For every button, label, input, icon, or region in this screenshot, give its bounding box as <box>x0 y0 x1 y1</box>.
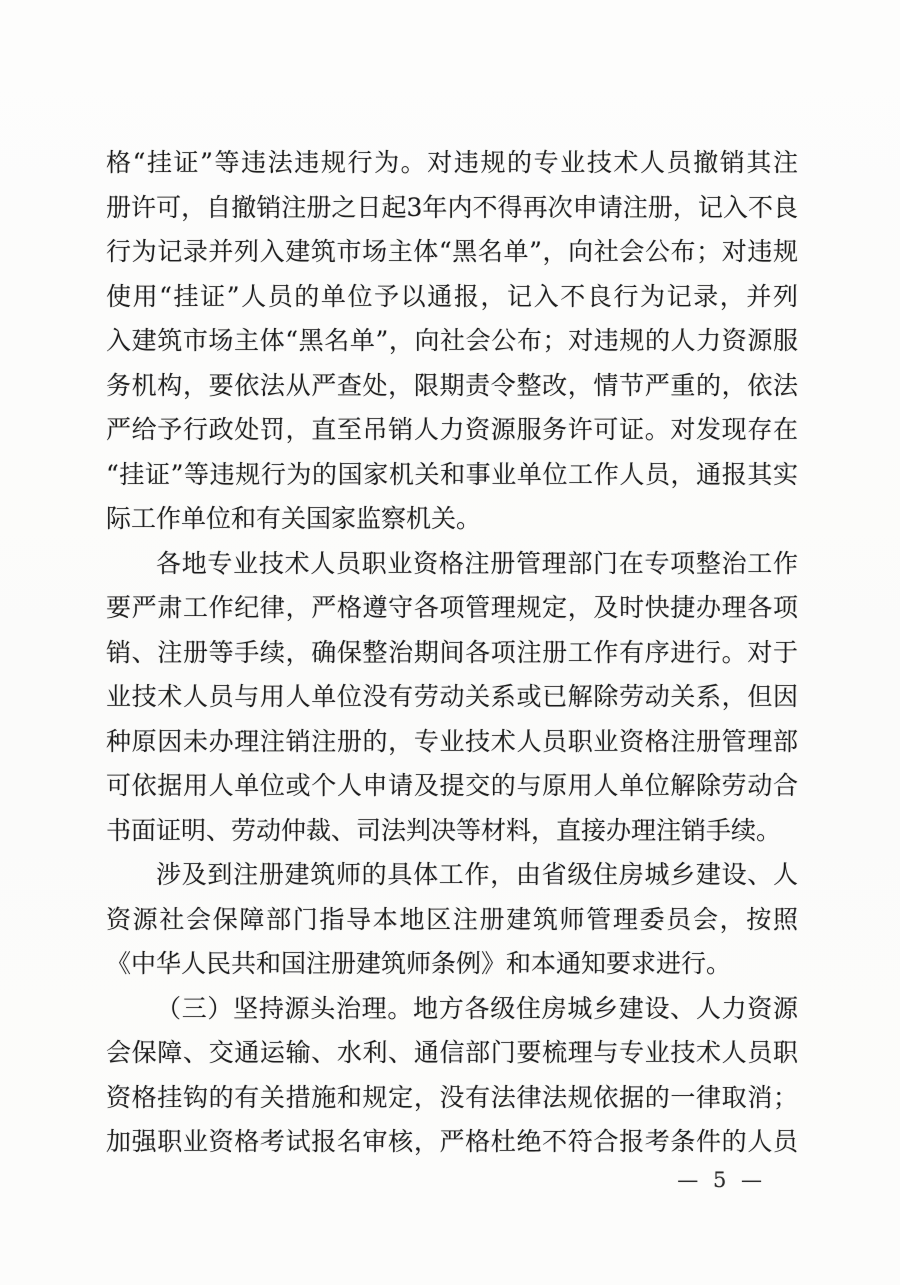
text-line: 格“挂证”等违法违规行为。对违规的专业技术人员撤销其注 <box>106 141 798 186</box>
text-line: 使用“挂证”人员的单位予以通报，记入不良行为记录，并列 <box>106 275 798 320</box>
text-line: 可依据用人单位或个人申请及提交的与原用人单位解除劳动合同 <box>106 764 798 809</box>
text-line: 会保障、交通运输、水利、通信部门要梳理与专业技术人员职业 <box>106 1031 798 1076</box>
page-number: — 5 — <box>677 1168 766 1192</box>
text-line: 书面证明、劳动仲裁、司法判决等材料，直接办理注销手续。 <box>106 809 798 854</box>
text-line: 业技术人员与用人单位没有劳动关系或已解除劳动关系，但因各 <box>106 675 798 720</box>
text-line: 册许可，自撤销注册之日起3年内不得再次申请注册，记入不良 <box>106 186 798 231</box>
scanned-document-page: 格“挂证”等违法违规行为。对违规的专业技术人员撤销其注册许可，自撤销注册之日起3… <box>0 0 900 1285</box>
document-body: 格“挂证”等违法违规行为。对违规的专业技术人员撤销其注册许可，自撤销注册之日起3… <box>106 141 798 1165</box>
text-line: 资格挂钩的有关措施和规定，没有法律法规依据的一律取消；要 <box>106 1076 798 1121</box>
paragraph: 各地专业技术人员职业资格注册管理部门在专项整治工作中要严肃工作纪律，严格遵守各项… <box>106 542 798 854</box>
text-line: 各地专业技术人员职业资格注册管理部门在专项整治工作中 <box>106 542 798 587</box>
text-line: 种原因未办理注销注册的，专业技术人员职业资格注册管理部门 <box>106 720 798 765</box>
text-line: 际工作单位和有关国家监察机关。 <box>106 497 798 542</box>
paragraph: 格“挂证”等违法违规行为。对违规的专业技术人员撤销其注册许可，自撤销注册之日起3… <box>106 141 798 542</box>
text-line: 加强职业资格考试报名审核，严格杜绝不符合报考条件的人员参 <box>106 1120 798 1165</box>
text-line: 《中华人民共和国注册建筑师条例》和本通知要求进行。 <box>106 942 798 987</box>
text-line: 要严肃工作纪律，严格遵守各项管理规定，及时快捷办理各项注 <box>106 586 798 631</box>
text-line: （三）坚持源头治理。地方各级住房城乡建设、人力资源社 <box>106 987 798 1032</box>
text-line: 务机构，要依法从严查处，限期责令整改，情节严重的，依法从 <box>106 364 798 409</box>
text-line: 行为记录并列入建筑市场主体“黑名单”，向社会公布；对违规 <box>106 230 798 275</box>
text-line: 资源社会保障部门指导本地区注册建筑师管理委员会，按照 <box>106 898 798 943</box>
text-line: 销、注册等手续，确保整治期间各项注册工作有序进行。对于专 <box>106 631 798 676</box>
text-line: 涉及到注册建筑师的具体工作，由省级住房城乡建设、人力 <box>106 853 798 898</box>
paragraph: 涉及到注册建筑师的具体工作，由省级住房城乡建设、人力资源社会保障部门指导本地区注… <box>106 853 798 987</box>
text-line: 入建筑市场主体“黑名单”，向社会公布；对违规的人力资源服 <box>106 319 798 364</box>
paragraph: （三）坚持源头治理。地方各级住房城乡建设、人力资源社会保障、交通运输、水利、通信… <box>106 987 798 1165</box>
text-line: “挂证”等违规行为的国家机关和事业单位工作人员，通报其实 <box>106 453 798 498</box>
text-line: 严给予行政处罚，直至吊销人力资源服务许可证。对发现存在 <box>106 408 798 453</box>
